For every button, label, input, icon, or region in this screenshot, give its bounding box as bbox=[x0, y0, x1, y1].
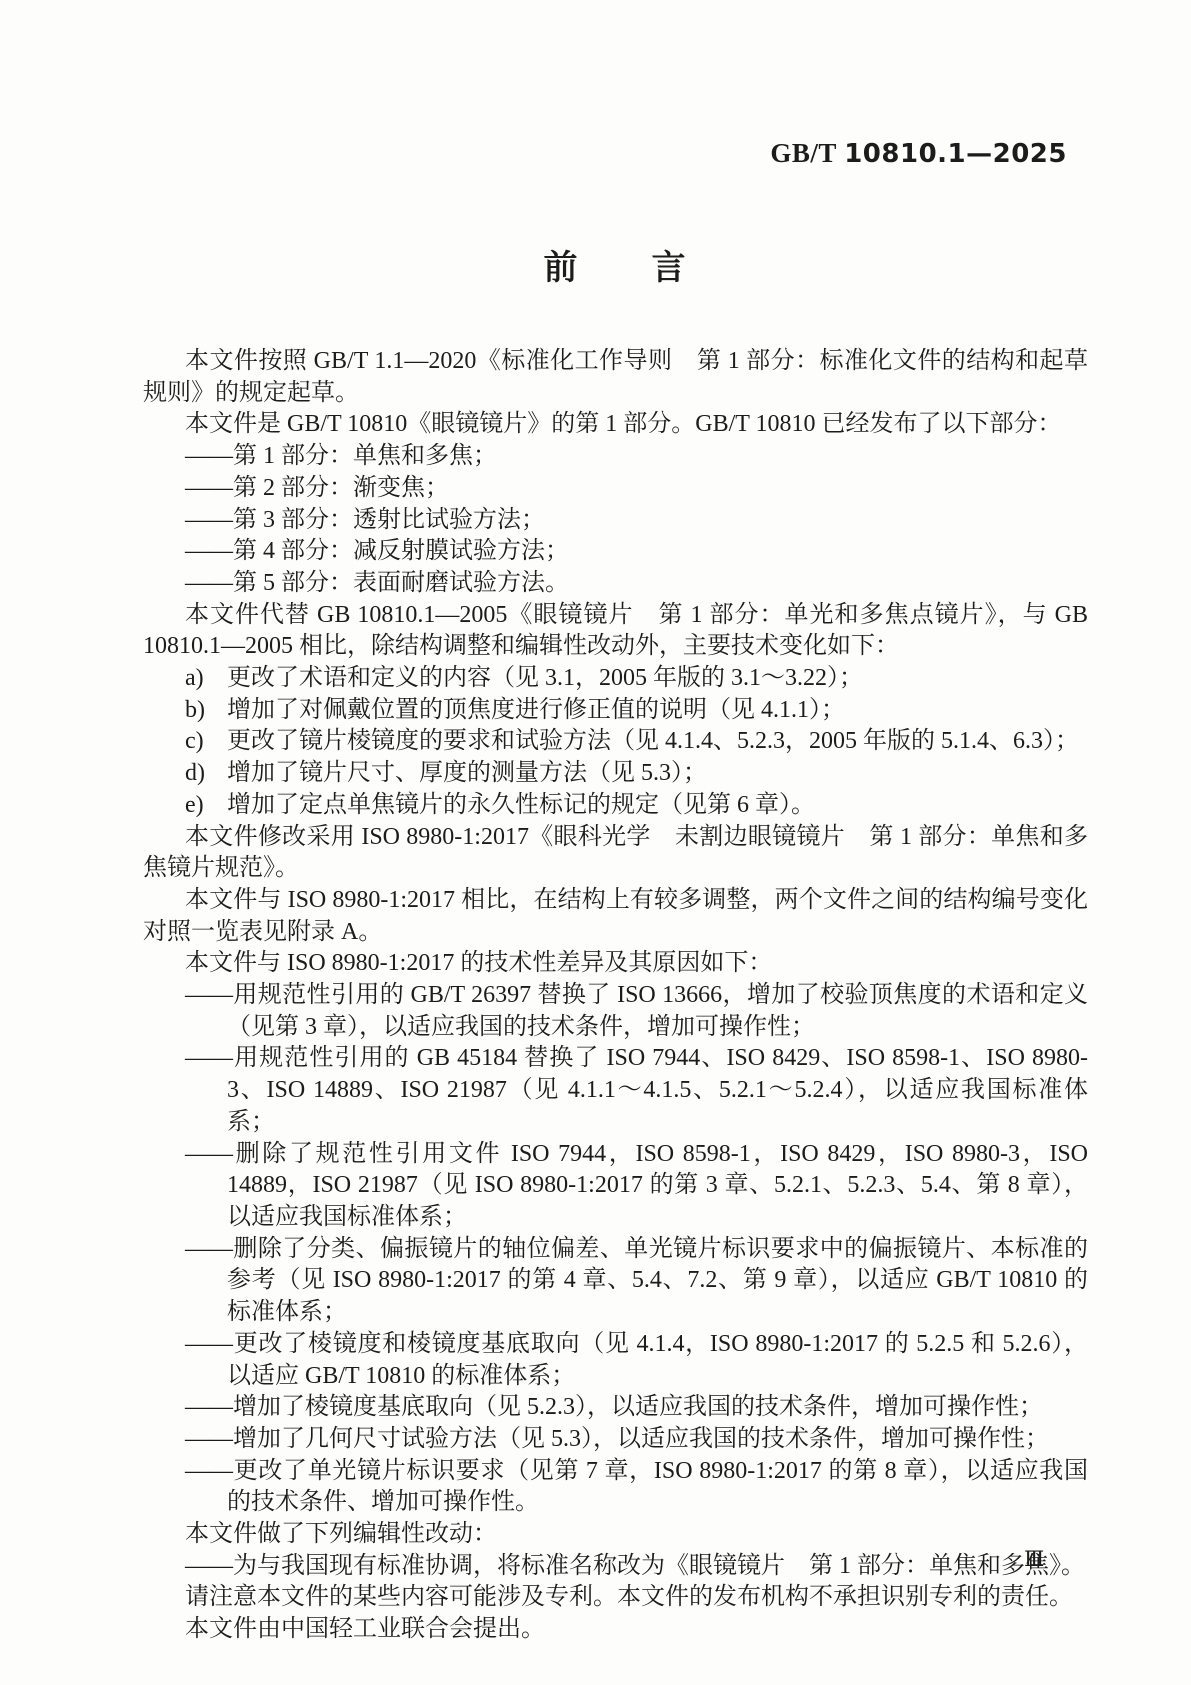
dash-list-item: ——用规范性引用的 GB/T 26397 替换了 ISO 13666，增加了校验… bbox=[143, 980, 1088, 1043]
letter-list-text: 更改了术语和定义的内容（见 3.1，2005 年版的 3.1～3.22）； bbox=[227, 665, 863, 691]
paragraph: 本文件按照 GB/T 1.1—2020《标准化工作导则 第 1 部分：标准化文件… bbox=[143, 346, 1088, 409]
dash-list-item: ——为与我国现有标准协调，将标准名称改为《眼镜镜片 第 1 部分：单焦和多焦》。 bbox=[143, 1551, 1088, 1583]
paragraph: 本文件与 ISO 8980-1:2017 的技术性差异及其原因如下： bbox=[143, 948, 1088, 980]
dash-list-item: ——删除了分类、偏振镜片的轴位偏差、单光镜片标识要求中的偏振镜片、本标准的参考（… bbox=[143, 1234, 1088, 1329]
dash-list-item: ——第 3 部分：透射比试验方法； bbox=[143, 505, 1088, 537]
paragraph: 本文件代替 GB 10810.1—2005《眼镜镜片 第 1 部分：单光和多焦点… bbox=[143, 600, 1088, 663]
paragraph: 本文件修改采用 ISO 8980-1:2017《眼科光学 未割边眼镜镜片 第 1… bbox=[143, 822, 1088, 885]
dash-list-item: ——用规范性引用的 GB 45184 替换了 ISO 7944、ISO 8429… bbox=[143, 1043, 1088, 1138]
paragraph: 本文件是 GB/T 10810《眼镜镜片》的第 1 部分。GB/T 10810 … bbox=[143, 409, 1088, 441]
letter-list-item: d)增加了镜片尺寸、厚度的测量方法（见 5.3）； bbox=[143, 758, 1088, 790]
paragraph: 本文件做了下列编辑性改动： bbox=[143, 1519, 1088, 1551]
letter-list-item: b)增加了对佩戴位置的顶焦度进行修正值的说明（见 4.1.1）； bbox=[143, 695, 1088, 727]
letter-list-text: 增加了定点单焦镜片的永久性标记的规定（见第 6 章）。 bbox=[227, 792, 815, 818]
dash-list-item: ——更改了棱镜度和棱镜度基底取向（见 4.1.4，ISO 8980-1:2017… bbox=[143, 1329, 1088, 1392]
letter-list-label: d) bbox=[185, 758, 227, 790]
dash-list-item: ——增加了棱镜度基底取向（见 5.2.3），以适应我国的技术条件，增加可操作性； bbox=[143, 1392, 1088, 1424]
letter-list-item: c)更改了镜片棱镜度的要求和试验方法（见 4.1.4、5.2.3，2005 年版… bbox=[143, 726, 1088, 758]
standard-code-number: 10810.1—2025 bbox=[844, 139, 1067, 169]
paragraph: 请注意本文件的某些内容可能涉及专利。本文件的发布机构不承担识别专利的责任。 bbox=[143, 1582, 1088, 1614]
letter-list-label: b) bbox=[185, 695, 227, 727]
standard-code: GB/T 10810.1—2025 bbox=[770, 138, 1067, 169]
letter-list-item: e)增加了定点单焦镜片的永久性标记的规定（见第 6 章）。 bbox=[143, 790, 1088, 822]
dash-list-item: ——第 5 部分：表面耐磨试验方法。 bbox=[143, 568, 1088, 600]
letter-list-label: e) bbox=[185, 790, 227, 822]
letter-list-item: a)更改了术语和定义的内容（见 3.1，2005 年版的 3.1～3.22）； bbox=[143, 663, 1088, 695]
standard-code-prefix: GB/T bbox=[770, 138, 837, 168]
document-page: GB/T 10810.1—2025 前 言 本文件按照 GB/T 1.1—202… bbox=[0, 0, 1191, 1685]
foreword-body: 本文件按照 GB/T 1.1—2020《标准化工作导则 第 1 部分：标准化文件… bbox=[143, 346, 1088, 1646]
dash-list-item: ——增加了几何尺寸试验方法（见 5.3），以适应我国的技术条件，增加可操作性； bbox=[143, 1424, 1088, 1456]
paragraph: 本文件由中国轻工业联合会提出。 bbox=[143, 1614, 1088, 1646]
dash-list-item: ——第 1 部分：单焦和多焦； bbox=[143, 441, 1088, 473]
letter-list-text: 增加了镜片尺寸、厚度的测量方法（见 5.3）； bbox=[227, 760, 707, 786]
letter-list-label: a) bbox=[185, 663, 227, 695]
dash-list-item: ——第 2 部分：渐变焦； bbox=[143, 473, 1088, 505]
dash-list-item: ——删除了规范性引用文件 ISO 7944，ISO 8598-1，ISO 842… bbox=[143, 1139, 1088, 1234]
dash-list-item: ——第 4 部分：减反射膜试验方法； bbox=[143, 536, 1088, 568]
letter-list-text: 增加了对佩戴位置的顶焦度进行修正值的说明（见 4.1.1）； bbox=[227, 697, 845, 723]
paragraph: 本文件与 ISO 8980-1:2017 相比，在结构上有较多调整，两个文件之间… bbox=[143, 885, 1088, 948]
letter-list-label: c) bbox=[185, 726, 227, 758]
page-number: Ⅲ bbox=[1024, 1547, 1044, 1572]
page-title: 前 言 bbox=[143, 240, 1088, 289]
dash-list-item: ——更改了单光镜片标识要求（见第 7 章，ISO 8980-1:2017 的第 … bbox=[143, 1456, 1088, 1519]
letter-list-text: 更改了镜片棱镜度的要求和试验方法（见 4.1.4、5.2.3，2005 年版的 … bbox=[227, 728, 1079, 754]
